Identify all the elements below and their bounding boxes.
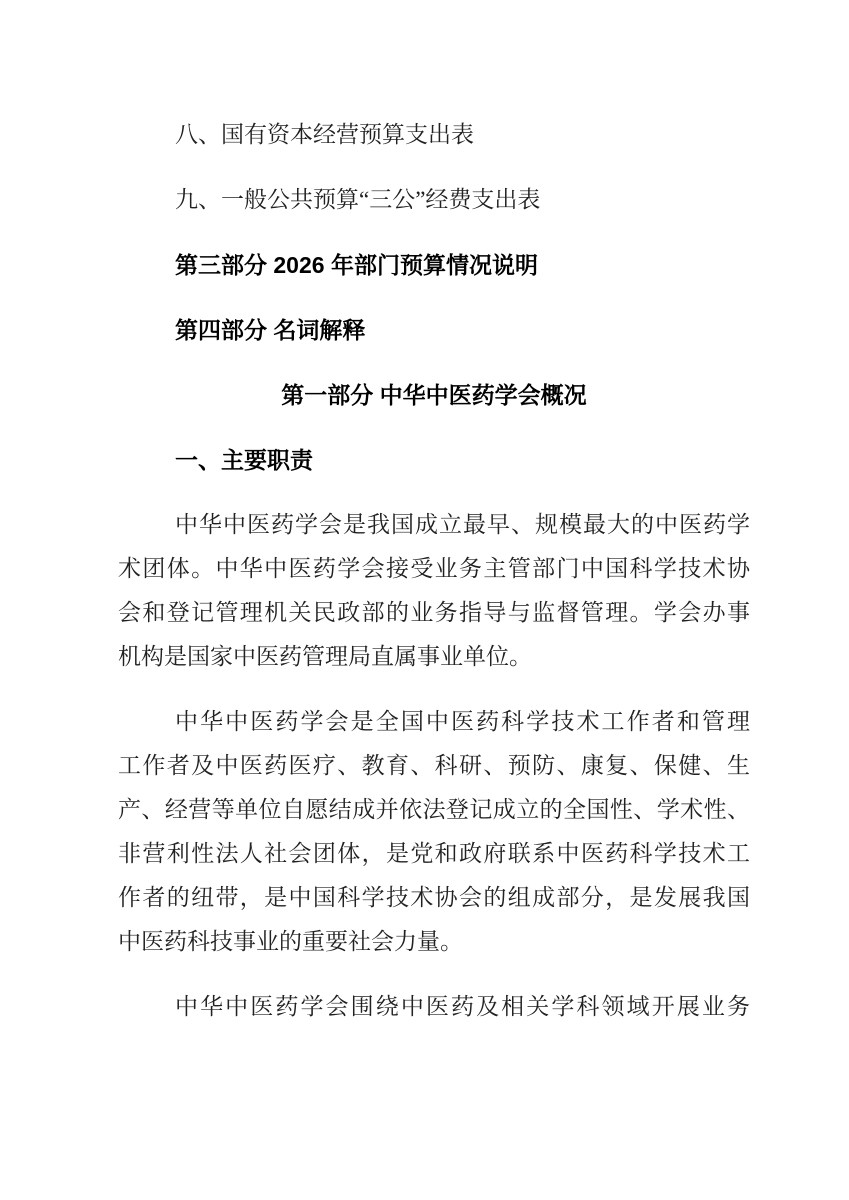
paragraph-business-intro: 中华中医药学会围绕中医药及相关学科领域开展业务 <box>118 985 750 1029</box>
heading-part3-text: 第三部分 2026 年部门预算情况说明 <box>175 252 538 278</box>
heading-part3: 第三部分 2026 年部门预算情况说明 <box>118 243 750 287</box>
paragraph-line: 机构是国家中医药管理局直属事业单位。 <box>118 635 750 679</box>
paragraph-line: 中华中医药学会围绕中医药及相关学科领域开展业务 <box>118 985 750 1029</box>
paragraph-line: 中医药科技事业的重要社会力量。 <box>118 920 750 964</box>
paragraph-organization: 中华中医药学会是全国中医药科学技术工作者和管理 工作者及中医药医疗、教育、科研、… <box>118 700 750 964</box>
document-page: 八、国有资本经营预算支出表 九、一般公共预算“三公”经费支出表 第三部分 202… <box>0 0 849 1200</box>
paragraph-line: 工作者及中医药医疗、教育、科研、预防、康复、保健、生 <box>118 744 750 788</box>
paragraph-line: 非营利性法人社会团体，是党和政府联系中医药科学技术工 <box>118 832 750 876</box>
paragraph-overview: 中华中医药学会是我国成立最早、规模最大的中医药学 术团体。中华中医药学会接受业务… <box>118 503 750 679</box>
paragraph-line: 产、经营等单位自愿结成并依法登记成立的全国性、学术性、 <box>118 788 750 832</box>
heading-part4-text: 第四部分 名词解释 <box>175 317 365 343</box>
toc-item-9: 九、一般公共预算“三公”经费支出表 <box>118 178 750 222</box>
heading-section1-text: 一、主要职责 <box>175 447 313 473</box>
heading-part1-title: 第一部分 中华中医药学会概况 <box>118 373 750 417</box>
heading-part4: 第四部分 名词解释 <box>118 308 750 352</box>
paragraph-line: 中华中医药学会是我国成立最早、规模最大的中医药学 <box>118 503 750 547</box>
paragraph-line: 术团体。中华中医药学会接受业务主管部门中国科学技术协 <box>118 547 750 591</box>
heading-section1: 一、主要职责 <box>118 438 750 482</box>
toc-item-8: 八、国有资本经营预算支出表 <box>118 113 750 157</box>
paragraph-line: 作者的纽带，是中国科学技术协会的组成部分，是发展我国 <box>118 876 750 920</box>
toc-item-8-text: 八、国有资本经营预算支出表 <box>175 122 474 147</box>
heading-part1-title-text: 第一部分 中华中医药学会概况 <box>281 382 586 408</box>
paragraph-line: 中华中医药学会是全国中医药科学技术工作者和管理 <box>118 700 750 744</box>
toc-item-9-text: 九、一般公共预算“三公”经费支出表 <box>175 187 540 212</box>
paragraph-line: 会和登记管理机关民政部的业务指导与监督管理。学会办事 <box>118 591 750 635</box>
